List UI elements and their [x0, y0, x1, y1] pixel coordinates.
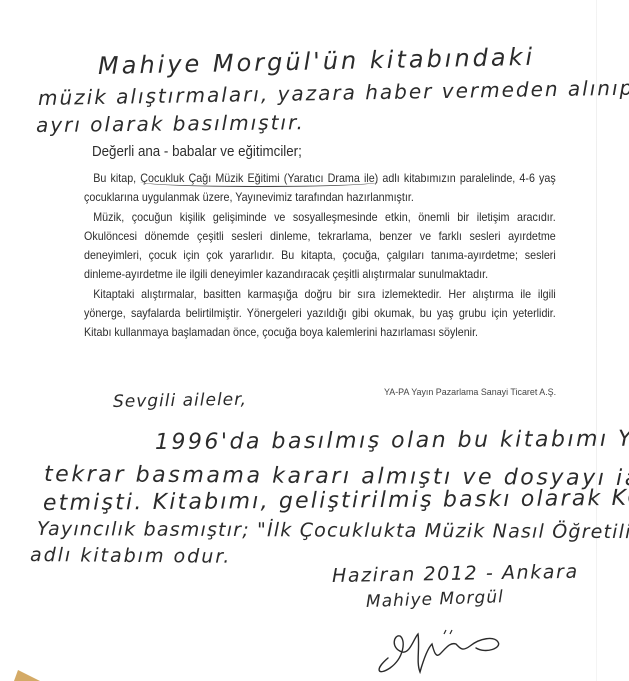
- handwritten-date-place: Haziran 2012 - Ankara: [332, 561, 579, 587]
- handwritten-body-line-1: 1996'da basılmış olan bu kitabımı YA-PA: [155, 426, 629, 455]
- printed-body: Bu kitap, Çocukluk Çağı Müzik Eğitimi (Y…: [84, 169, 556, 343]
- handwritten-note-line-2: müzik alıştırmaları, yazara haber vermed…: [38, 76, 629, 110]
- handwritten-body-line-4: Yayıncılık basmıştır; "İlk Çocuklukta Mü…: [37, 518, 629, 543]
- handwritten-body-line-3: etmişti. Kitabımı, geliştirilmiş baskı o…: [43, 486, 629, 516]
- scan-edge-shadow: [596, 0, 597, 681]
- publisher-signature: YA-PA Yayın Pazarlama Sanayi Ticaret A.Ş…: [384, 386, 556, 397]
- paragraph-exercises: Kitaptaki alıştırmalar, basitten karmaşı…: [84, 285, 556, 343]
- book-title-underlined: Çocukluk Çağı Müzik Eğitimi (Yaratıcı Dr…: [140, 172, 378, 187]
- handwritten-salutation: Sevgili aileler,: [113, 390, 247, 412]
- paragraph-intro-lead: Bu kitap,: [93, 172, 140, 185]
- paragraph-music: Müzik, çocuğun kişilik gelişiminde ve so…: [84, 208, 556, 285]
- scan-corner-tab: [12, 670, 52, 681]
- handwritten-note-line-1: Mahiye Morgül'ün kitabındaki: [98, 43, 536, 80]
- handwritten-body-line-5: adlı kitabım odur.: [30, 544, 232, 568]
- paragraph-intro: Bu kitap, Çocukluk Çağı Müzik Eğitimi (Y…: [84, 169, 556, 208]
- printed-greeting: Değerli ana - babalar ve eğitimciler;: [92, 144, 302, 160]
- handwritten-author-name: Mahiye Morgül: [366, 587, 504, 612]
- handwritten-note-line-3: ayrı olarak basılmıştır.: [36, 110, 305, 137]
- signature-icon: [370, 618, 510, 678]
